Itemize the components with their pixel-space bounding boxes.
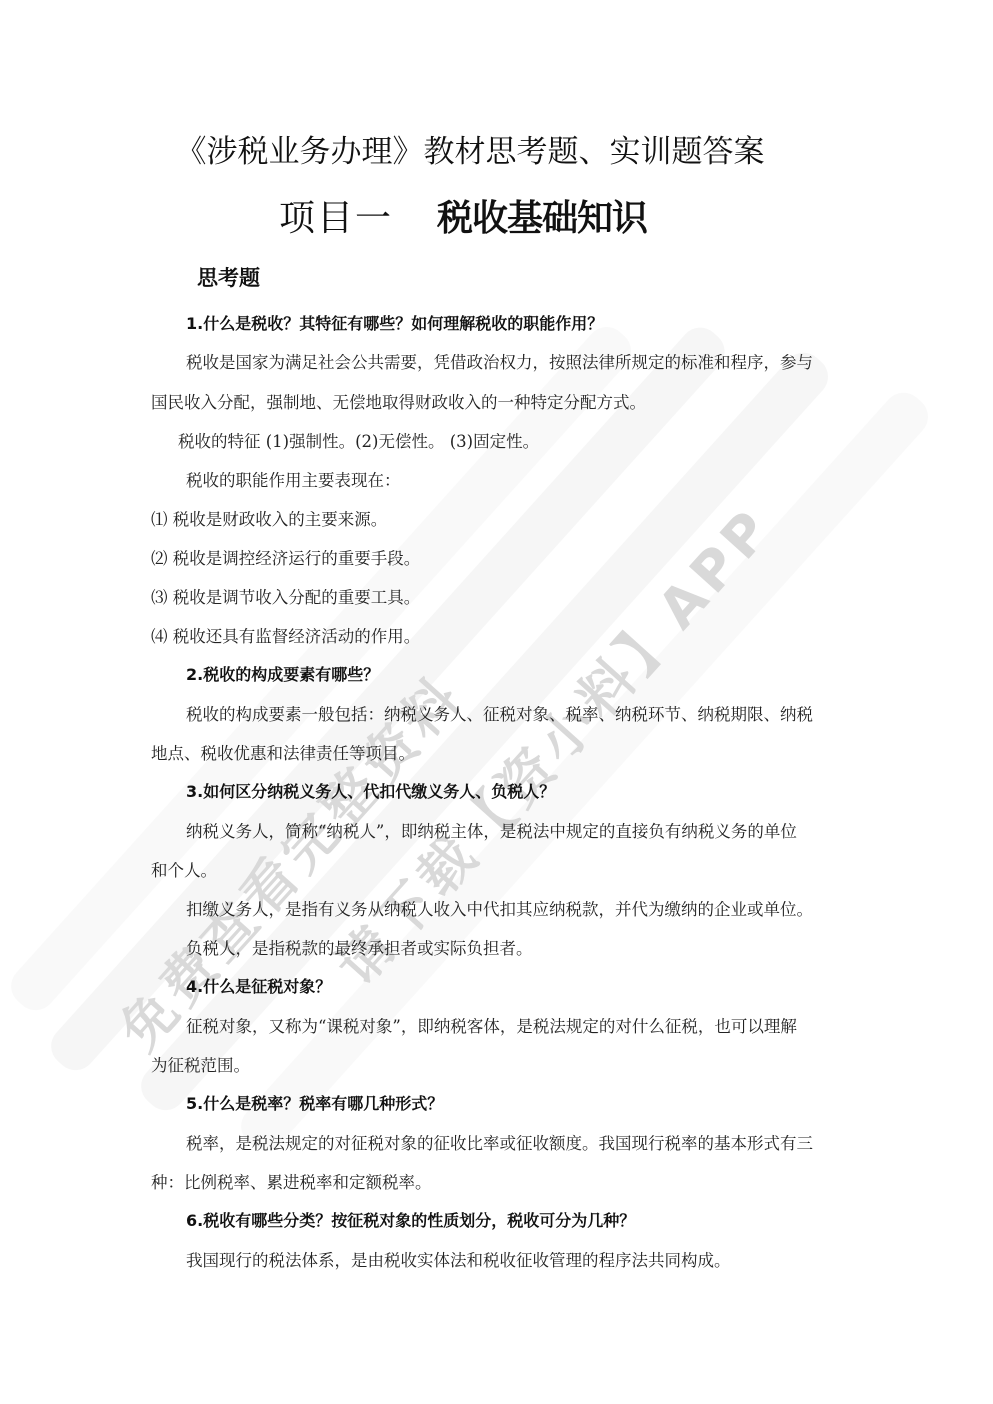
answer-line: 负税人，是指税款的最终承担者或实际负担者。 xyxy=(186,935,533,959)
question-3: 3.如何区分纳税义务人、代扣代缴义务人、负税人？ xyxy=(186,779,555,802)
question-5: 5.什么是税率？税率有哪几种形式？ xyxy=(186,1091,443,1114)
question-4: 4.什么是征税对象？ xyxy=(186,974,331,997)
document-page: 《涉税业务办理》教材思考题、实训题答案 项目一税收基础知识 思考题 1.什么是税… xyxy=(0,0,993,1404)
list-item: ⑷ 税收还具有监督经济活动的作用。 xyxy=(151,623,420,647)
list-item: ⑴ 税收是财政收入的主要来源。 xyxy=(151,506,387,530)
answer-line: 税率，是税法规定的对征税对象的征收比率或征收额度。我国现行税率的基本形式有三 xyxy=(186,1130,813,1154)
list-item: ⑶ 税收是调节收入分配的重要工具。 xyxy=(151,584,420,608)
answer-line: 扣缴义务人，是指有义务从纳税人收入中代扣其应纳税款，并代为缴纳的企业或单位。 xyxy=(186,896,813,920)
section-heading: 思考题 xyxy=(197,262,260,292)
question-2: 2.税收的构成要素有哪些？ xyxy=(186,662,379,685)
document-title: 《涉税业务办理》教材思考题、实训题答案 xyxy=(0,126,940,171)
project-name: 税收基础知识 xyxy=(437,198,647,239)
answer-line: 税收是国家为满足社会公共需要，凭借政治权力，按照法律所规定的标准和程序，参与 xyxy=(186,349,813,373)
answer-line: 税收的职能作用主要表现在： xyxy=(186,467,401,491)
answer-line: 税收的特征 (1)强制性。(2)无偿性。 (3)固定性。 xyxy=(178,428,539,452)
answer-line: 为征税范围。 xyxy=(151,1052,250,1076)
answer-line: 地点、税收优惠和法律责任等项目。 xyxy=(151,740,415,764)
answer-line: 国民收入分配，强制地、无偿地取得财政收入的一种特定分配方式。 xyxy=(151,389,646,413)
project-label: 项目一 xyxy=(279,198,393,239)
answer-line: 我国现行的税法体系，是由税收实体法和税收征收管理的程序法共同构成。 xyxy=(186,1247,731,1271)
list-item: ⑵ 税收是调控经济运行的重要手段。 xyxy=(151,545,420,569)
project-heading: 项目一税收基础知识 xyxy=(279,190,647,241)
question-6: 6.税收有哪些分类？按征税对象的性质划分，税收可分为几种？ xyxy=(186,1208,635,1231)
question-1: 1.什么是税收？其特征有哪些？如何理解税收的职能作用？ xyxy=(186,311,603,334)
answer-line: 纳税义务人，简称“纳税人”，即纳税主体，是税法中规定的直接负有纳税义务的单位 xyxy=(186,818,797,842)
answer-line: 征税对象，又称为“课税对象”，即纳税客体，是税法规定的对什么征税，也可以理解 xyxy=(186,1013,797,1037)
answer-line: 和个人。 xyxy=(151,857,217,881)
answer-line: 税收的构成要素一般包括：纳税义务人、征税对象、税率、纳税环节、纳税期限、纳税 xyxy=(186,701,813,725)
answer-line: 种：比例税率、累进税率和定额税率。 xyxy=(151,1169,432,1193)
